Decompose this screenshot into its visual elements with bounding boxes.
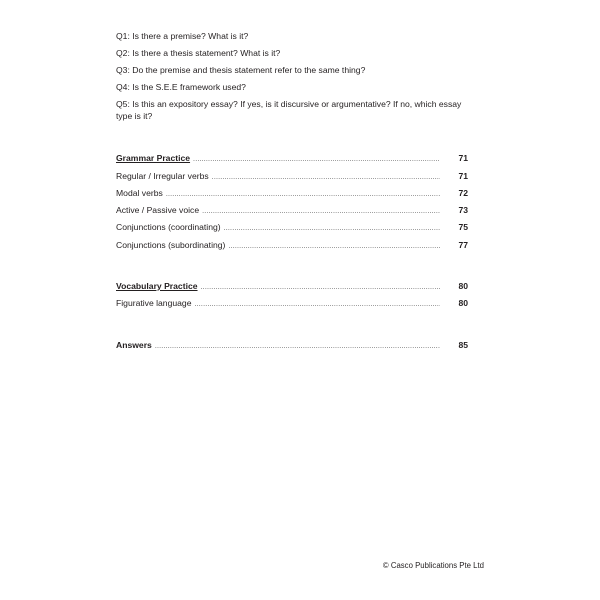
dot-leader <box>193 154 440 166</box>
toc-item: Figurative language 80 <box>116 297 468 309</box>
copyright-footer: © Casco Publications Pte Ltd <box>383 561 484 570</box>
toc-page-number: 80 <box>440 280 468 292</box>
toc-page-number: 73 <box>440 204 468 216</box>
toc-item-label: Regular / Irregular verbs <box>116 170 212 182</box>
toc-page-number: 71 <box>440 170 468 182</box>
question-1: Q1: Is there a premise? What is it? <box>116 30 476 42</box>
question-2: Q2: Is there a thesis statement? What is… <box>116 47 476 59</box>
toc-page-number: 71 <box>440 152 468 164</box>
toc-item: Conjunctions (coordinating) 75 <box>116 221 468 233</box>
toc-heading-label: Vocabulary Practice <box>116 280 201 292</box>
question-4: Q4: Is the S.E.E framework used? <box>116 81 476 93</box>
toc-item: Conjunctions (subordinating) 77 <box>116 239 468 251</box>
toc-item-label: Active / Passive voice <box>116 204 202 216</box>
toc-heading-vocabulary: Vocabulary Practice 80 <box>116 280 468 292</box>
toc-heading-grammar: Grammar Practice 71 <box>116 152 468 164</box>
toc-item: Active / Passive voice 73 <box>116 204 468 216</box>
toc-heading-answers: Answers 85 <box>116 339 468 351</box>
dot-leader <box>195 299 441 311</box>
toc-item-label: Figurative language <box>116 297 195 309</box>
toc-item: Modal verbs 72 <box>116 187 468 199</box>
toc-item: Regular / Irregular verbs 71 <box>116 170 468 182</box>
toc-heading-label: Answers <box>116 339 155 351</box>
dot-leader <box>166 189 440 201</box>
dot-leader <box>201 282 440 294</box>
toc-item-label: Modal verbs <box>116 187 166 199</box>
dot-leader <box>202 206 440 218</box>
toc-heading-label: Grammar Practice <box>116 152 193 164</box>
toc-item-label: Conjunctions (subordinating) <box>116 239 228 251</box>
dot-leader <box>155 341 440 353</box>
toc-page-number: 80 <box>440 297 468 309</box>
toc-page-number: 72 <box>440 187 468 199</box>
dot-leader <box>224 223 440 235</box>
toc-page-number: 75 <box>440 221 468 233</box>
toc-item-label: Conjunctions (coordinating) <box>116 221 224 233</box>
dot-leader <box>212 172 440 184</box>
question-5: Q5: Is this an expository essay? If yes,… <box>116 98 476 122</box>
toc-page-number: 85 <box>440 339 468 351</box>
question-3: Q3: Do the premise and thesis statement … <box>116 64 476 76</box>
dot-leader <box>228 241 440 253</box>
toc-page-number: 77 <box>440 239 468 251</box>
